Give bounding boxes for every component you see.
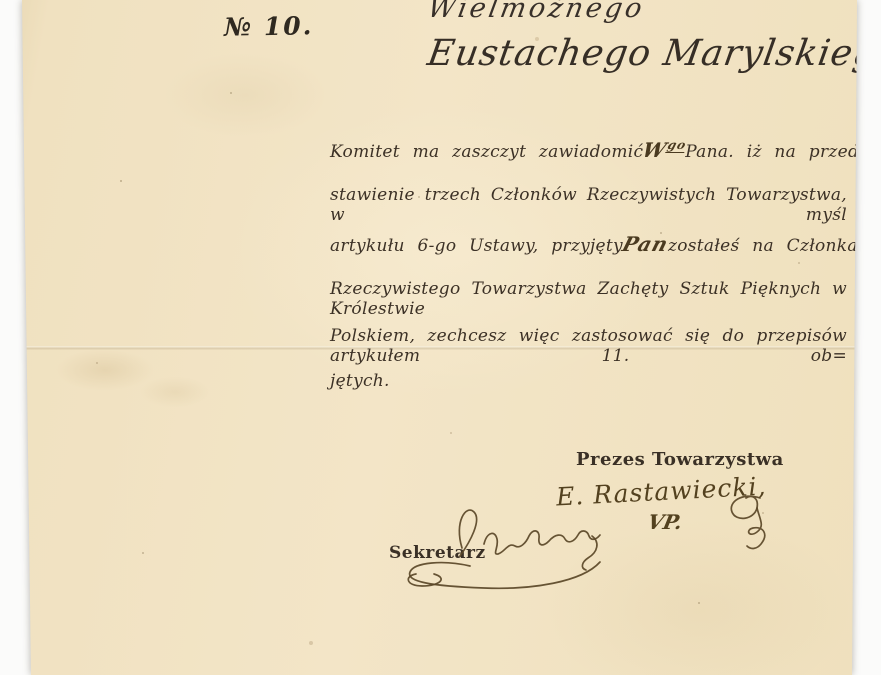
body-line-1-text-before: Komitet ma zaszczyt zawiadomić [330, 142, 643, 162]
body-line-1: Komitet ma zaszczyt zawiadomić Wgo Pana.… [330, 138, 847, 162]
paper-sheet-shadow: № 10. Wielmożnego Eustachego Marylskiego… [0, 0, 881, 675]
body-line-6: jętych. [330, 371, 390, 391]
body-line-1-text-after: Pana. iż na przed= [685, 142, 874, 162]
handwritten-honorific-abbreviation: Wgo [640, 138, 689, 162]
body-line-3-text-after: zostałeś na Członka [668, 236, 858, 256]
body-line-3-text-before: artykułu 6-go Ustawy, przyjęty [330, 236, 623, 256]
recipient-name: Eustachego Marylskiego [425, 33, 881, 74]
document-number: № 10. [224, 11, 314, 42]
secretary-signature [392, 498, 692, 598]
scanned-document: № 10. Wielmożnego Eustachego Marylskiego… [0, 0, 881, 675]
president-title: Prezes Towarzystwa [576, 449, 784, 470]
body-line-5: Polskiem, zechcesz więc zastosować się d… [330, 326, 847, 366]
body-line-4: Rzeczywistego Towarzystwa Zachęty Sztuk … [330, 279, 847, 319]
body-line-3: artykułu 6-go Ustawy, przyjęty Pan zosta… [330, 232, 847, 256]
honorific-line: Wielmożnego [425, 0, 647, 24]
paper-sheet: № 10. Wielmożnego Eustachego Marylskiego… [0, 0, 881, 675]
president-paraph-flourish [720, 490, 778, 552]
handwritten-pan: Pan [620, 232, 672, 256]
paper-texture-speckles [120, 180, 122, 182]
body-line-2: stawienie trzech Członków Rzeczywistych … [330, 185, 847, 225]
